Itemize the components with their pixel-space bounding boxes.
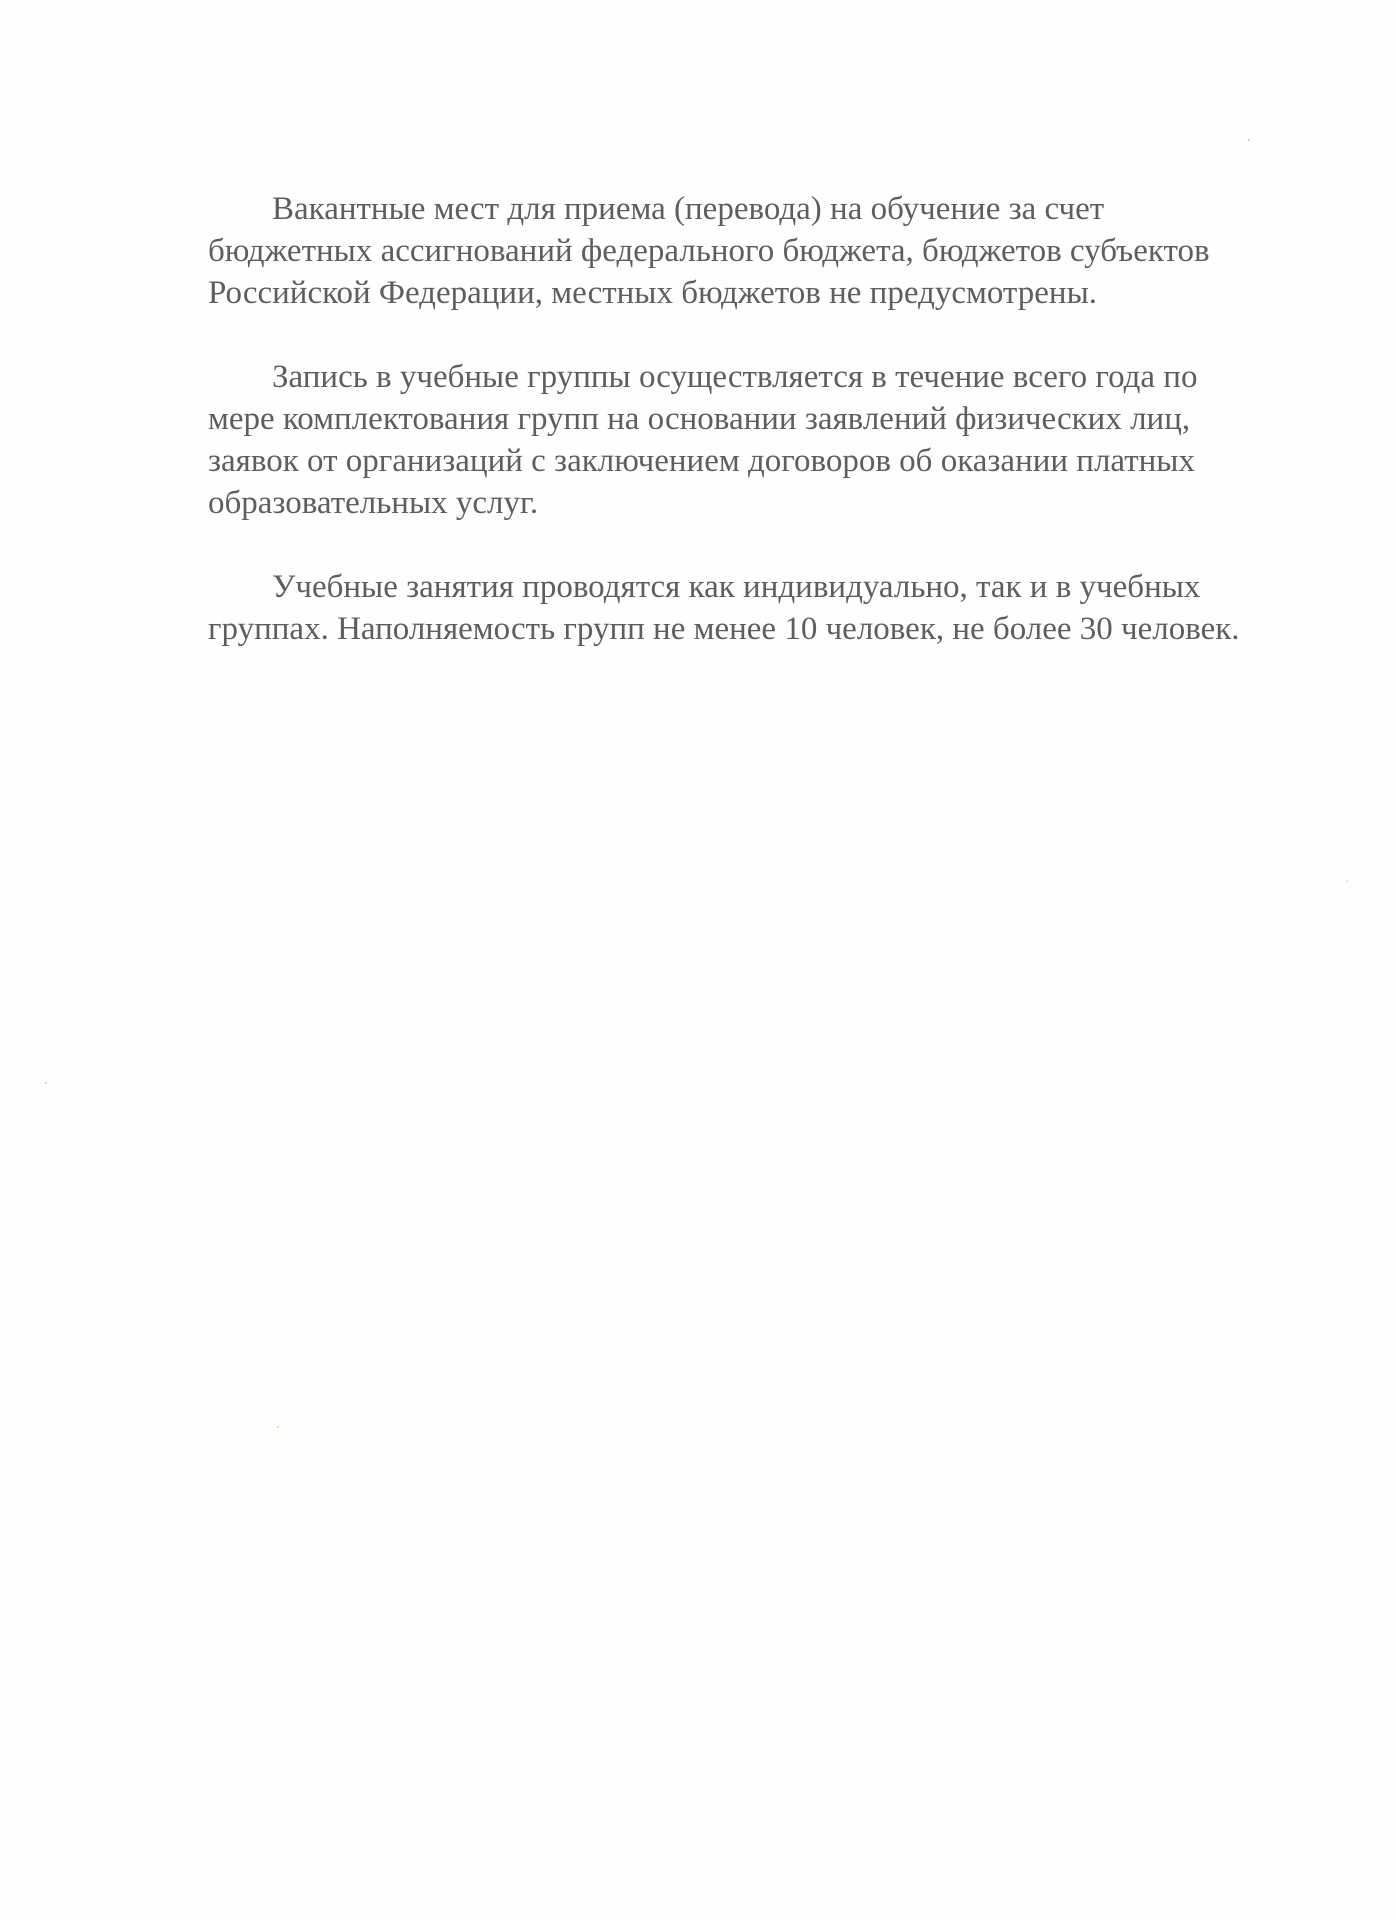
paragraph-group-size: Учебные занятия проводятся как индивидуа… [208, 566, 1248, 650]
paragraph-vacancies: Вакантные мест для приема (перевода) на … [208, 188, 1248, 314]
scan-speck [45, 1082, 47, 1084]
paragraph-enrollment: Запись в учебные группы осуществляется в… [208, 356, 1248, 524]
scan-speck [1346, 880, 1348, 882]
scanned-page: Вакантные мест для приема (перевода) на … [0, 0, 1396, 1920]
document-body: Вакантные мест для приема (перевода) на … [208, 188, 1248, 692]
scan-speck [277, 1426, 279, 1428]
scan-speck [1248, 139, 1250, 141]
